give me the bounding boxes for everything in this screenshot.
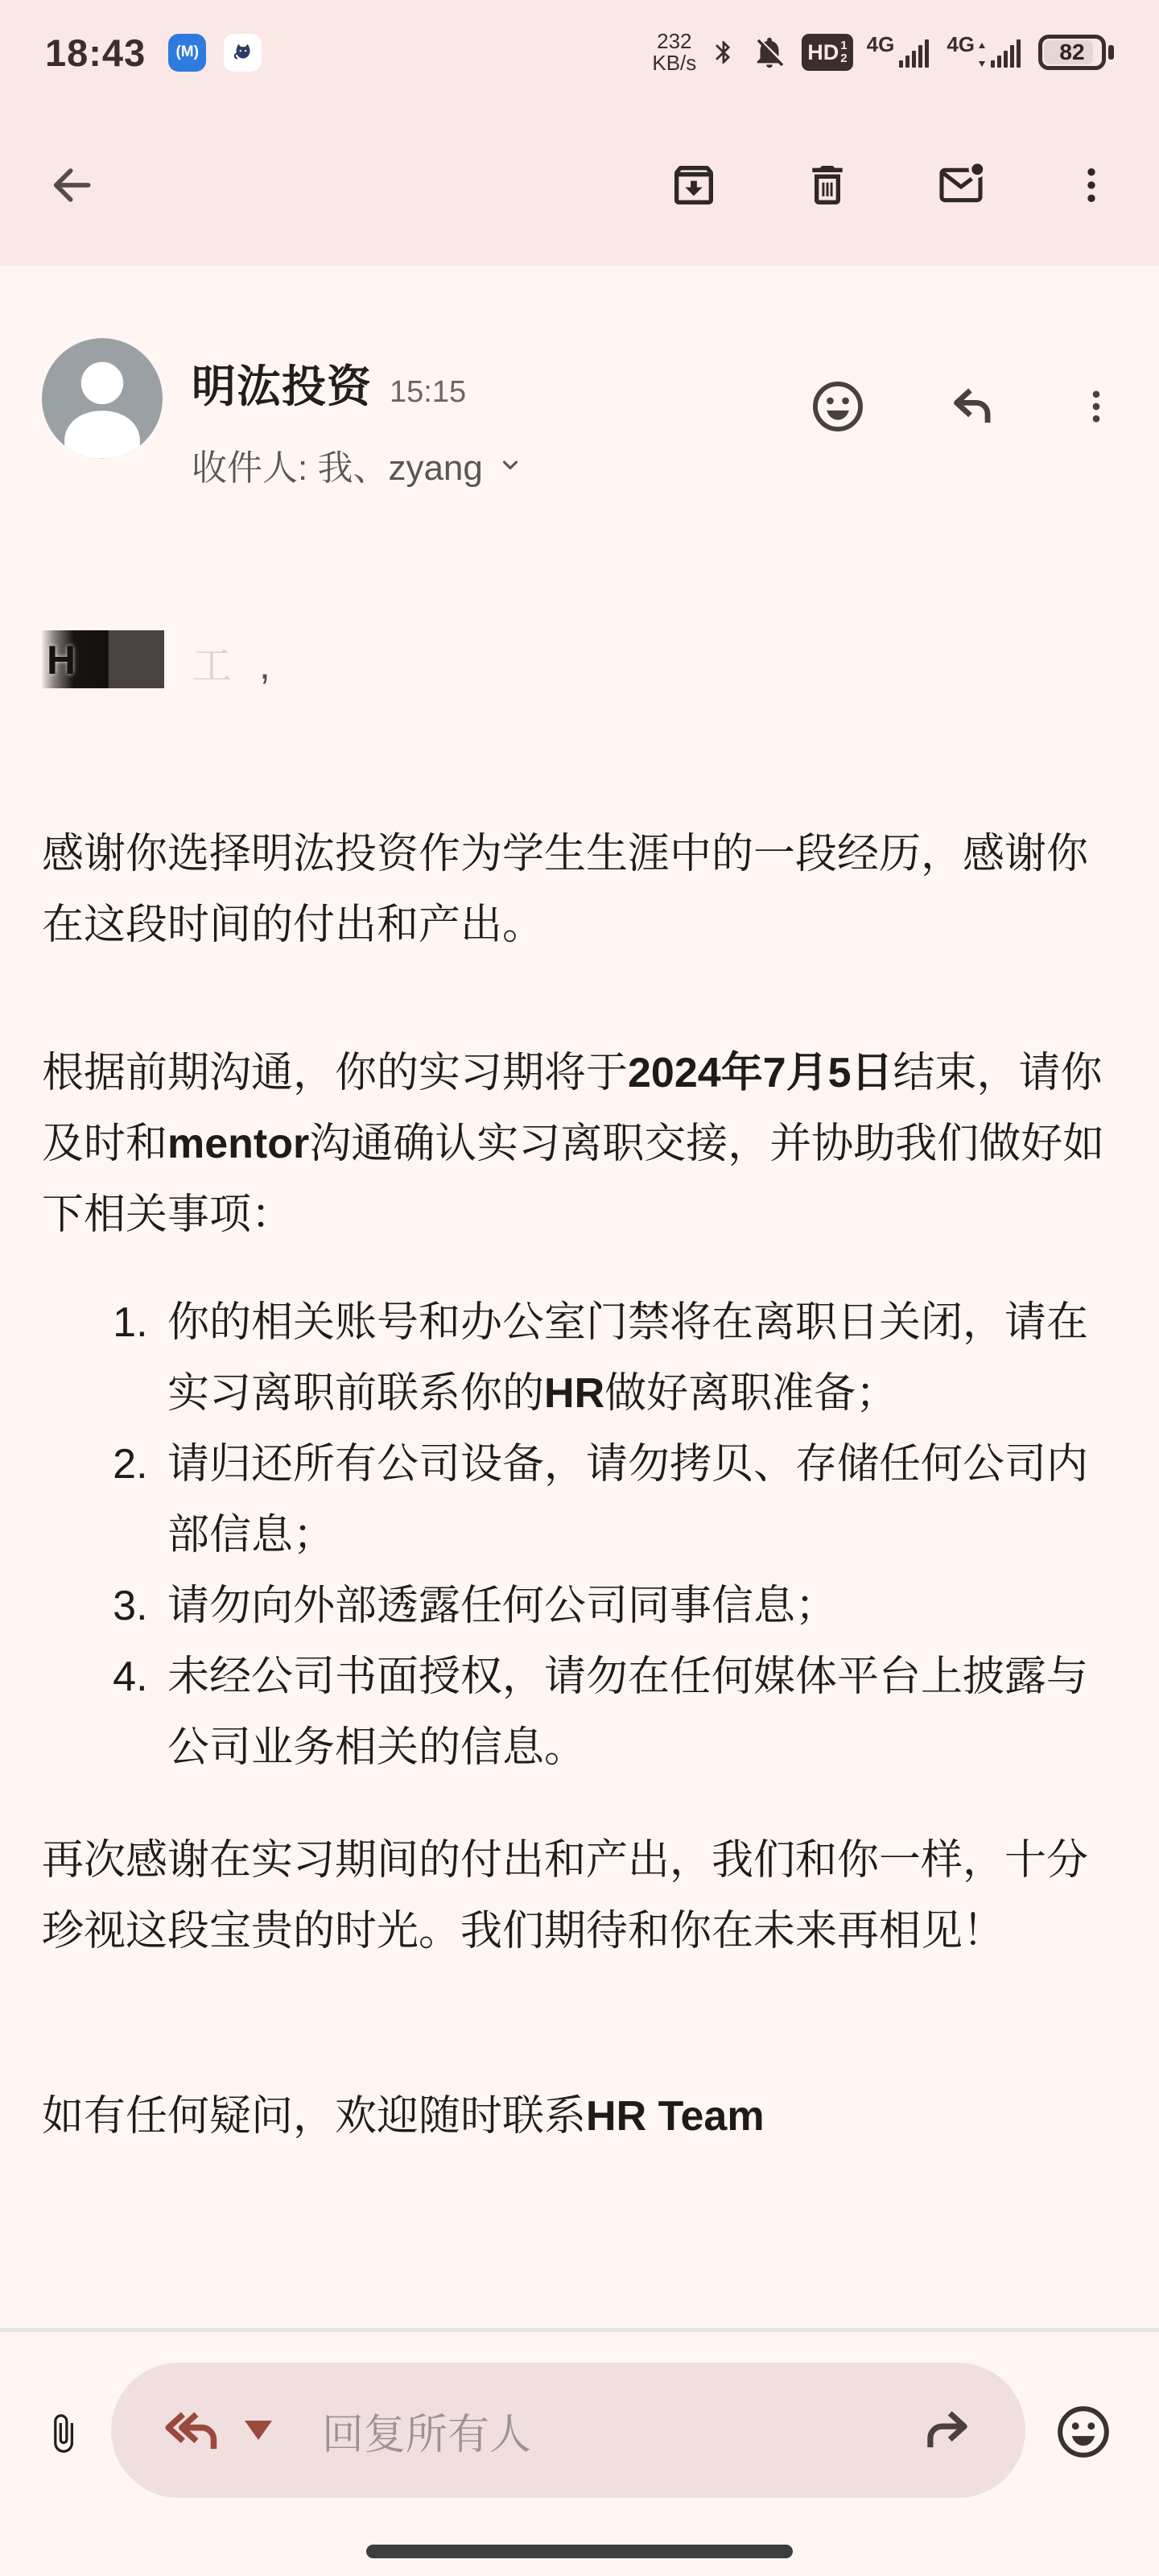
email-header: 明汯投资 15:15 收件人: 我、zyang <box>0 266 1159 490</box>
more-vert-icon <box>1069 159 1114 211</box>
reply-placeholder: 回复所有人 <box>322 2401 531 2461</box>
list-item: 请归还所有公司设备，请勿拷贝、存储任何公司内部信息； <box>159 1429 1117 1571</box>
gesture-bar[interactable] <box>366 2545 793 2558</box>
signal-bars-icon <box>897 36 933 68</box>
paperclip-icon <box>42 2395 84 2472</box>
email-body: H 工 , 感谢你选择明汯投资作为学生生涯中的一段经历，感谢你在这段时间的付出和… <box>0 629 1159 2152</box>
mail-unread-icon <box>935 159 987 211</box>
body-numbered-list: 你的相关账号和办公室门禁将在离职日关闭，请在实习离职前联系你的HR做好离职准备；… <box>42 1287 1117 1783</box>
faded-character: 工 <box>192 634 232 691</box>
body-paragraph: 根据前期沟通，你的实习期将于2024年7月5日结束，请你及时和mentor沟通确… <box>42 1038 1117 1250</box>
archive-button[interactable] <box>668 159 720 211</box>
reply-button[interactable] <box>942 377 1001 436</box>
recipients-label: 收件人: 我、zyang <box>192 439 483 490</box>
body-paragraph: 如有任何疑问，欢迎随时联系HR Team <box>42 2081 1117 2152</box>
appbar-overflow-button[interactable] <box>1069 159 1114 211</box>
signal-sim1: 4G <box>867 36 934 68</box>
back-button[interactable] <box>45 159 98 212</box>
bluetooth-icon <box>710 34 737 71</box>
emoji-button[interactable] <box>1053 2401 1114 2462</box>
network-speed: 232 KB/s <box>652 31 696 74</box>
emoji-smile-icon <box>808 377 868 436</box>
email-card: 明汯投资 15:15 收件人: 我、zyang <box>0 266 1159 2328</box>
app-bar <box>0 105 1159 266</box>
signal-sim2: 4G <box>947 36 1025 68</box>
battery-indicator: 82 <box>1038 35 1106 70</box>
notification-app-m-icon: (M) <box>168 34 206 72</box>
body-paragraph: 感谢你选择明汯投资作为学生生涯中的一段经历，感谢你在这段时间的付出和产出。 <box>42 819 1117 960</box>
list-item: 请勿向外部透露任何公司同事信息； <box>159 1571 1117 1641</box>
status-bar: 18:43 (M) 232 KB/s HD <box>0 0 1159 105</box>
greeting-comma: , <box>259 642 270 688</box>
reply-arrow-icon <box>942 377 1001 436</box>
sender-avatar[interactable] <box>42 338 163 459</box>
chevron-down-icon <box>496 450 525 479</box>
reply-mode-dropdown-icon[interactable] <box>245 2421 272 2440</box>
emoji-smile-icon <box>1053 2401 1114 2462</box>
delete-button[interactable] <box>802 159 853 211</box>
archive-icon <box>668 159 720 211</box>
hd-voice-badge: HD 12 <box>802 34 852 71</box>
back-arrow-icon <box>45 159 98 212</box>
sender-name: 明汯投资 <box>192 351 372 415</box>
forward-arrow-icon <box>916 2399 979 2462</box>
message-time: 15:15 <box>390 375 466 410</box>
greeting-line: H 工 , <box>42 629 1117 688</box>
notifications-off-icon <box>751 34 788 71</box>
person-icon <box>42 353 163 459</box>
list-item: 你的相关账号和办公室门禁将在离职日关闭，请在实习离职前联系你的HR做好离职准备； <box>159 1287 1117 1429</box>
notification-app-cat-icon <box>224 34 262 72</box>
body-paragraph: 再次感谢在实习期间的付出和产出，我们和你一样，十分珍视这段宝贵的时光。我们期待和… <box>42 1825 1117 1967</box>
message-overflow-button[interactable] <box>1075 377 1117 436</box>
attach-button[interactable] <box>42 2395 84 2472</box>
more-vert-icon <box>1075 377 1117 436</box>
trash-icon <box>802 159 853 211</box>
cat-icon <box>230 39 256 65</box>
data-activity-icon <box>978 41 986 68</box>
clock: 18:43 <box>45 31 146 75</box>
forward-button[interactable] <box>916 2399 979 2462</box>
reply-bar: 回复所有人 <box>0 2332 1159 2576</box>
add-reaction-button[interactable] <box>808 377 868 436</box>
list-item: 未经公司书面授权，请勿在任何媒体平台上披露与公司业务相关的信息。 <box>159 1641 1117 1783</box>
top-bars: 18:43 (M) 232 KB/s HD <box>0 0 1159 266</box>
reply-all-icon <box>158 2396 227 2465</box>
signal-bars-icon <box>989 36 1025 68</box>
recipients-row[interactable]: 收件人: 我、zyang <box>192 439 525 490</box>
reply-all-input[interactable]: 回复所有人 <box>111 2363 1025 2498</box>
mark-unread-button[interactable] <box>935 159 987 211</box>
redacted-name: H <box>42 630 164 688</box>
